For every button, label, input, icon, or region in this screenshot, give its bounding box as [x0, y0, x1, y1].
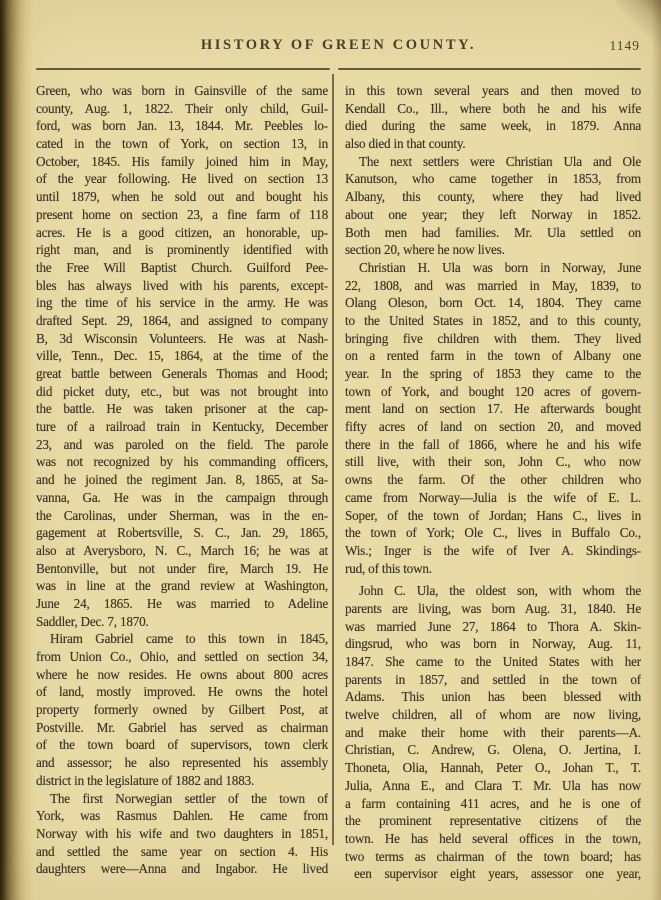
page-header: HISTORY OF GREEN COUNTY. 1149 — [36, 37, 641, 57]
text-line: rud, of this town. — [345, 560, 641, 578]
text-line: Kendall Co., Ill., where both he and his… — [345, 100, 641, 118]
text-line: The next settlers were Christian Ula and… — [345, 153, 641, 171]
paragraph: John C. Ula, the oldest son, with whom t… — [345, 582, 641, 883]
text-line: was married June 27, 1864 to Thora A. Sk… — [345, 618, 641, 636]
text-line: The first Norwegian settler of the town … — [36, 790, 328, 808]
column-divider — [332, 74, 334, 845]
text-line: great battle between Generals Thomas and… — [36, 365, 328, 383]
text-line: still live, with their son, John C., who… — [345, 453, 641, 471]
paragraph: in this town several years and then move… — [345, 82, 641, 153]
text-line: and make their home with their parents—A… — [345, 724, 641, 742]
text-line: a farm containing 411 acres, and he is o… — [345, 795, 641, 813]
text-line: to the United States in 1852, and to thi… — [345, 312, 641, 330]
text-line: and assessor; he also represented his as… — [36, 754, 328, 772]
text-line: district in the legislature of 1882 and … — [36, 772, 328, 790]
text-line: year. In the spring of 1853 they came to… — [345, 365, 641, 383]
text-line: Christian H. Ula was born in Norway, Jun… — [345, 259, 641, 277]
text-line: of the town board of supervisors, town c… — [36, 736, 328, 754]
text-line: on a rented farm in the town of Albany o… — [345, 347, 641, 365]
text-line: Soper, of the town of Jordan; Hans C., l… — [345, 507, 641, 525]
text-line: until 1879, when he sold out and bought … — [36, 188, 328, 206]
text-line: dingsrud, who was born in Norway, Aug. 1… — [345, 635, 641, 653]
text-line: B, 3d Wisconsin Volunteers. He was at Na… — [36, 330, 328, 348]
text-line: from Union Co., Ohio, and settled on sec… — [36, 648, 328, 666]
header-rule-left — [36, 68, 330, 70]
text-line: een supervisor eight years, assessor one… — [345, 865, 641, 883]
text-line: 23, and was paroled on the field. The pa… — [36, 436, 328, 454]
text-line: ment land on section 17. He afterwards b… — [345, 400, 641, 418]
text-line: gagement at Robertsville, S. C., Jan. 29… — [36, 524, 328, 542]
text-line: bles has always lived with his parents, … — [36, 277, 328, 295]
binding-shadow — [0, 0, 34, 900]
text-line: was not recognized by his commanding off… — [36, 453, 328, 471]
text-line: Kanutson, who came together in 1853, fro… — [345, 170, 641, 188]
text-line: Green, who was born in Gainsville of the… — [36, 82, 328, 100]
text-line: York, was Rasmus Dahlen. He came from — [36, 807, 328, 825]
text-line: the Free Will Baptist Church. Guilford P… — [36, 259, 328, 277]
page-number-label: 1149 — [610, 38, 641, 54]
text-line: ture of a railroad train in Kentucky, De… — [36, 418, 328, 436]
paragraph: The first Norwegian settler of the town … — [36, 790, 328, 878]
text-line: there in the fall of 1866, where he and … — [345, 436, 641, 454]
text-line: bringing five children with them. They l… — [345, 330, 641, 348]
text-line: Norway with his wife and two daughters i… — [36, 825, 328, 843]
text-line: two terms as chairman of the town board;… — [345, 848, 641, 866]
text-line: Christian, C. Andrew, G. Olena, O. Jerti… — [345, 741, 641, 759]
text-line: parents are living, was born Aug. 31, 18… — [345, 600, 641, 618]
text-line: Wis.; Inger is the wife of Iver A. Skind… — [345, 542, 641, 560]
text-line: 22, 1808, and was married in May, 1839, … — [345, 277, 641, 295]
paragraph: The next settlers were Christian Ula and… — [345, 153, 641, 259]
text-line: was in line at the grand review at Washi… — [36, 577, 328, 595]
text-line: town. He has held several offices in the… — [345, 830, 641, 848]
text-line: also at Averysboro, N. C., March 16; he … — [36, 542, 328, 560]
paragraph: Christian H. Ula was born in Norway, Jun… — [345, 259, 641, 577]
paragraph: Hiram Gabriel came to this town in 1845,… — [36, 630, 328, 789]
text-line: section 20, where he now lives. — [345, 241, 641, 259]
text-line: the prominent representative citizens of… — [345, 812, 641, 830]
text-line: Albany, this county, where they had live… — [345, 188, 641, 206]
text-line: of the year following. He lived on secti… — [36, 170, 328, 188]
text-line: Bentonville, but not under fire, March 1… — [36, 560, 328, 578]
text-line: the Carolinas, under Sherman, was in the… — [36, 507, 328, 525]
text-line: Julia, Anna E., and Clara T. Mr. Ula has… — [345, 777, 641, 795]
page-edge-shadow — [651, 0, 661, 900]
text-line: property formerly owned by Gilbert Post,… — [36, 701, 328, 719]
text-line: Both men had families. Mr. Ula settled o… — [345, 224, 641, 242]
text-line: present home on section 23, a fine farm … — [36, 206, 328, 224]
text-line: ford, was born Jan. 13, 1844. Mr. Peeble… — [36, 117, 328, 135]
text-line: about one year; they left Norway in 1852… — [345, 206, 641, 224]
text-line: John C. Ula, the oldest son, with whom t… — [345, 582, 641, 600]
text-line: acres. He is a good citizen, an honorabl… — [36, 224, 328, 242]
text-line: died during the same week, in 1879. Anna — [345, 117, 641, 135]
page-title: HISTORY OF GREEN COUNTY. — [36, 37, 641, 54]
text-line: fifty acres of land on section 20, and m… — [345, 418, 641, 436]
text-line: Saddler, Dec. 7, 1870. — [36, 613, 328, 631]
text-line: daughters were—Anna and Ingabor. He live… — [36, 860, 328, 878]
text-line: Thoneta, Olia, Hannah, Peter O., Johan T… — [345, 759, 641, 777]
text-line: drafted Sept. 29, 1864, and assigned to … — [36, 312, 328, 330]
text-line: right man, and is prominently identified… — [36, 241, 328, 259]
text-line: the town of York; Ole C., lives in Buffa… — [345, 524, 641, 542]
text-line: of land, mostly improved. He owns the ho… — [36, 683, 328, 701]
text-line: where he now resides. He owns about 800 … — [36, 666, 328, 684]
text-line: Adams. This union has been blessed with — [345, 688, 641, 706]
text-line: October, 1845. His family joined him in … — [36, 153, 328, 171]
text-line: Olang Oleson, born Oct. 14, 1804. They c… — [345, 294, 641, 312]
text-line: Postville. Mr. Gabriel has served as cha… — [36, 719, 328, 737]
text-line: the battle. He was taken prisoner at the… — [36, 400, 328, 418]
text-line: town of York, and bought 120 acres of go… — [345, 383, 641, 401]
text-line: county, Aug. 1, 1822. Their only child, … — [36, 100, 328, 118]
text-line: Hiram Gabriel came to this town in 1845, — [36, 630, 328, 648]
column-left: Green, who was born in Gainsville of the… — [36, 82, 328, 878]
text-line: and he joined the regiment Jan. 8, 1865,… — [36, 471, 328, 489]
text-line: came from Norway—Julia is the wife of E.… — [345, 489, 641, 507]
text-line: and settled the same year on section 4. … — [36, 843, 328, 861]
text-line: also died in that county. — [345, 135, 641, 153]
column-right: in this town several years and then move… — [345, 82, 641, 883]
text-line: parents in 1857, and settled in the town… — [345, 671, 641, 689]
text-line: vanna, Ga. He was in the campaign throug… — [36, 489, 328, 507]
book-page: HISTORY OF GREEN COUNTY. 1149 Green, who… — [0, 0, 661, 900]
text-line: in this town several years and then move… — [345, 82, 641, 100]
text-line: owns the farm. Of the other children who — [345, 471, 641, 489]
text-line: ville, Tenn., Dec. 15, 1864, at the time… — [36, 347, 328, 365]
text-line: twelve children, all of whom are now liv… — [345, 706, 641, 724]
text-line: June 24, 1865. He was married to Adeline — [36, 595, 328, 613]
paragraph: Green, who was born in Gainsville of the… — [36, 82, 328, 630]
text-line: did picket duty, etc., but was not broug… — [36, 383, 328, 401]
text-line: cated in the town of York, on section 13… — [36, 135, 328, 153]
text-line: ing the time of his service in the army.… — [36, 294, 328, 312]
text-line: 1847. She came to the United States with… — [345, 653, 641, 671]
header-rule-right — [338, 68, 641, 70]
